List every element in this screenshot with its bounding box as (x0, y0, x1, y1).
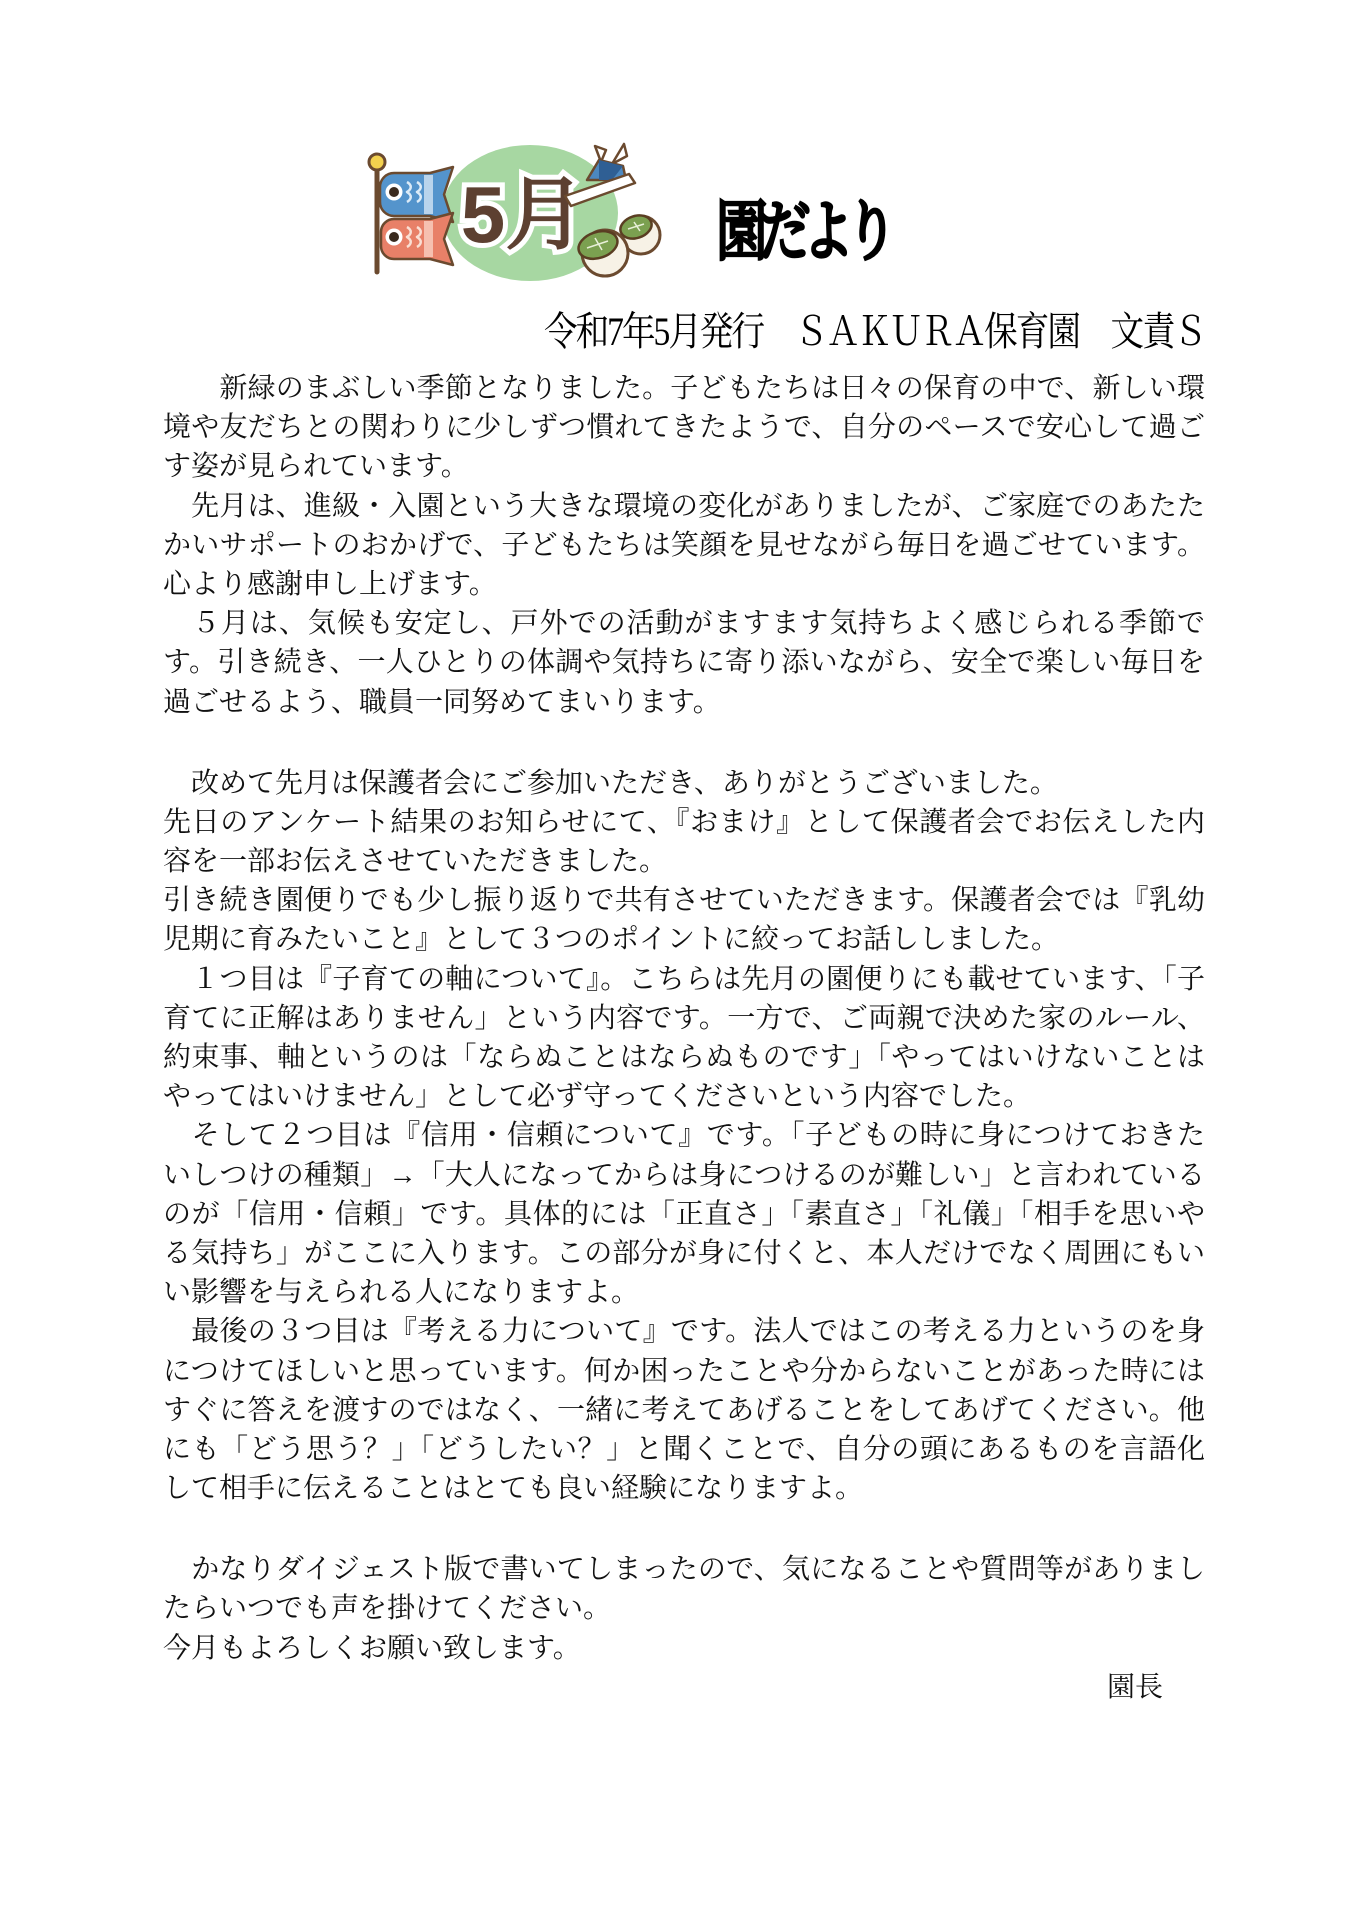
signature: 園長 (163, 1667, 1205, 1706)
paragraph-point3-thinking: 最後の３つ目は『考える力について』です。法人ではこの考える力というのを身につけて… (163, 1311, 1205, 1507)
koinobori-red-icon (381, 213, 453, 265)
may-illustration: 5月 (360, 140, 672, 290)
letter-body: 新緑のまぶしい季節となりました。子どもたちは日々の保育の中で、新しい環境や友だち… (163, 368, 1205, 1706)
newsletter-page: 5月 園だより 令和7年5月発行 ＳＡＫＵＲＡ保育園 文責Ｓ 新緑のまぶしい季節… (0, 0, 1357, 1920)
paragraph-three-points: 引き続き園便りでも少し振り返りで共有させていただきます。保護者会では『乳幼児期に… (163, 880, 1205, 958)
koinobori-blue-icon (380, 167, 453, 222)
month-label: 5月 (461, 170, 586, 259)
paragraph-survey-note: 先日のアンケート結果のお知らせにて、『おまけ』として保護者会でお伝えした内容を一… (163, 802, 1205, 880)
paragraph-digest-note: かなりダイジェスト版で書いてしまったので、気になることや質問等がありましたらいつ… (163, 1549, 1205, 1627)
paragraph-may-season: ５月は、気候も安定し、戸外での活動がますます気持ちよく感じられる季節です。引き続… (163, 603, 1205, 721)
paragraph-greeting: 新緑のまぶしい季節となりました。子どもたちは日々の保育の中で、新しい環境や友だち… (163, 368, 1205, 486)
paragraph-point2-trust: そして２つ目は『信用・信頼について』です。「子どもの時に身につけておきたいしつけ… (163, 1115, 1205, 1311)
page-title: 園だより (716, 178, 889, 273)
paragraph-last-month: 先月は、進級・入園という大きな環境の変化がありましたが、ご家庭でのあたたかいサポ… (163, 486, 1205, 604)
paragraph-point1-axis: １つ目は『子育ての軸について』。こちらは先月の園便りにも載せています、「子育てに… (163, 959, 1205, 1116)
paragraph-closing: 今月もよろしくお願い致します。 (163, 1628, 1205, 1667)
paragraph-thanks-meeting: 改めて先月は保護者会にご参加いただき、ありがとうございました。 (163, 763, 1205, 802)
issue-line: 令和7年5月発行 ＳＡＫＵＲＡ保育園 文責Ｓ (544, 300, 1205, 357)
